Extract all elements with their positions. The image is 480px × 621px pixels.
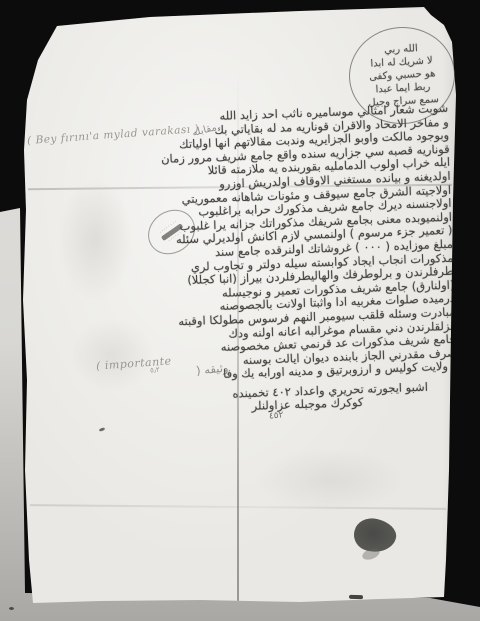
document-paper: الله ربيلا شريك له ابداهو حسبي وكفىربط ا… [0,0,480,621]
pencil-tiny-mark: ٥٫٢ [149,365,160,374]
floor-speck [9,607,14,610]
photo-background: الله ربيلا شريك له ابداهو حسبي وكفىربط ا… [0,0,480,621]
bottom-edge-mark [349,595,363,599]
seal-text: الله ربيلا شريك له ابداهو حسبي وكفىربط ا… [365,41,439,110]
body-text-block: شوبت شعار امثالي موساميره ناثب احد زايد … [222,102,459,415]
